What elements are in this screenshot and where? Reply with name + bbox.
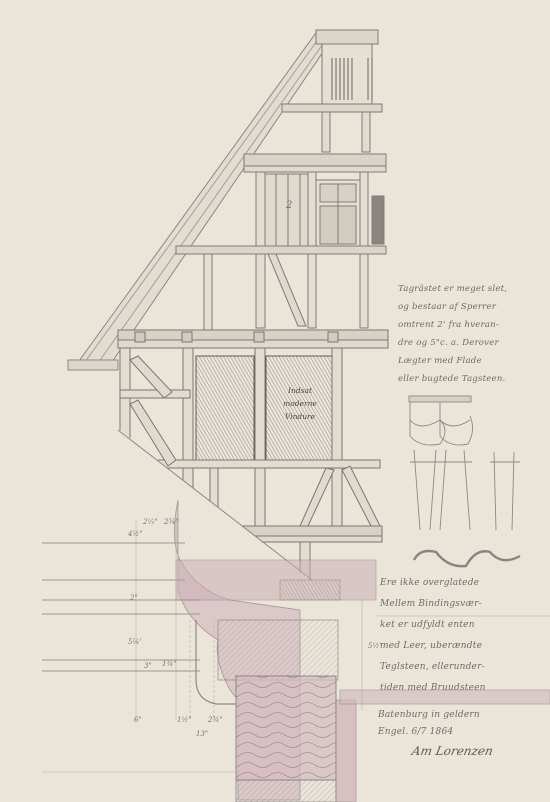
place-name: Batenburg in geldern <box>378 710 480 720</box>
infill-description-note: Ere ikke overglatede Mellem Bindingsvær-… <box>380 573 486 699</box>
dimension-label: 5¼' <box>128 638 141 646</box>
window-note: Indsat moderne Vindure <box>270 384 330 423</box>
upper-storey-frame <box>176 154 386 330</box>
dimension-label: 1½" <box>177 716 191 724</box>
dimension-label: 1¾" <box>162 660 176 668</box>
roof-description-note: Tagrästet er meget slet, og bestaar af S… <box>398 280 507 388</box>
date-line: Engel. 6/7 1864 <box>378 727 453 737</box>
dimension-label: 6" <box>134 716 142 724</box>
panel-number: 2 <box>286 200 292 211</box>
dimension-label: 2¾" <box>208 716 222 724</box>
dimension-label: 2⅕" <box>143 518 157 526</box>
dimension-label: 4½" <box>128 530 142 538</box>
roof-tile-detail <box>409 396 520 566</box>
dimension-label: 2¾" <box>164 518 178 526</box>
place-label: Batenburg in geldern Engel. 6/7 1864 <box>378 707 480 741</box>
dimension-label: 13" <box>196 730 208 738</box>
dimension-label: 3" <box>144 662 152 670</box>
dimension-label: 5½' <box>368 642 381 650</box>
dimension-label: 2" <box>130 594 138 602</box>
artist-signature: Am Lorenzen <box>411 744 495 758</box>
